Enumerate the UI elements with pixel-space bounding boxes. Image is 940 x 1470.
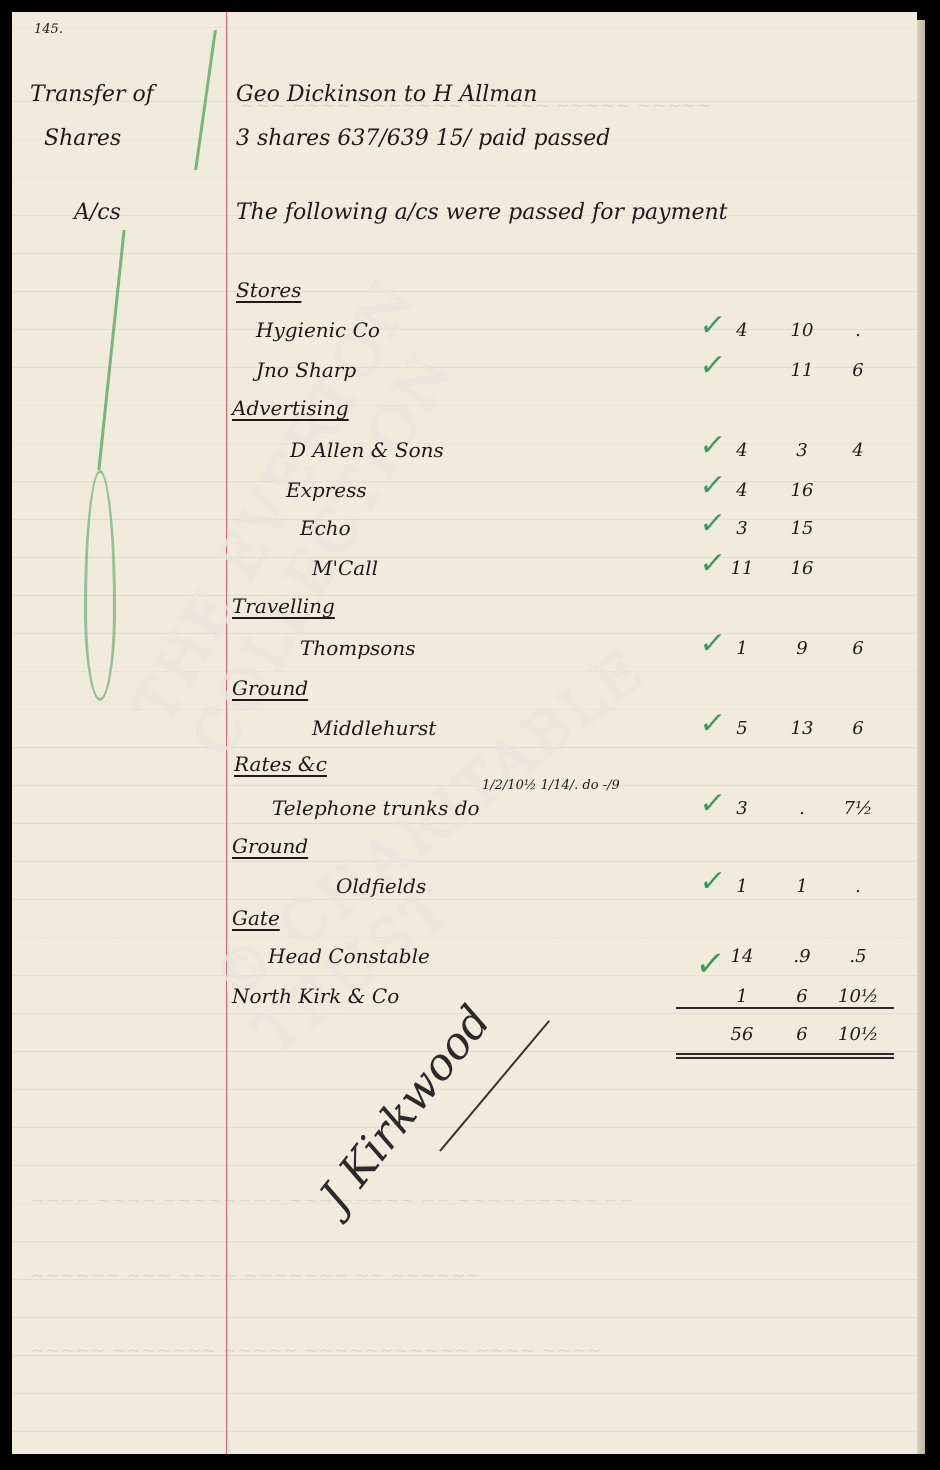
pence: .5	[838, 946, 878, 967]
pounds: 14	[722, 946, 762, 967]
margin-label-accounts: A/cs	[74, 200, 121, 225]
bleed-through-text: ~~~~~~ ~~~ ~~~~ ~~~~~~~ ~~ ~~~~~~	[30, 1265, 481, 1286]
shillings: 16	[782, 480, 822, 501]
pounds: 3	[722, 798, 762, 819]
pence: .	[838, 876, 878, 897]
total-double-rule-bottom	[676, 1057, 894, 1059]
shillings: 10	[782, 320, 822, 341]
accounts-intro: The following a/cs were passed for payme…	[236, 200, 727, 225]
payee: Head Constable	[268, 944, 430, 968]
category-heading: Ground	[232, 676, 308, 700]
total-pounds: 56	[722, 1024, 762, 1045]
shillings: 11	[782, 360, 822, 381]
shillings: .	[782, 798, 822, 819]
payee: Telephone trunks do	[272, 796, 480, 820]
pounds: 11	[722, 558, 762, 579]
total-shillings: 6	[782, 1024, 822, 1045]
pounds: 5	[722, 718, 762, 739]
category-heading: Gate	[232, 906, 280, 930]
pounds: 1	[722, 876, 762, 897]
transfer-line-2: 3 shares 637/639 15/ paid passed	[236, 126, 610, 151]
total-pence: 10½	[838, 1024, 878, 1045]
payee: Oldfields	[336, 874, 426, 898]
category-heading: Advertising	[232, 396, 349, 420]
pence: 10½	[838, 986, 878, 1007]
page-edge	[917, 20, 925, 1454]
payee: Express	[286, 478, 367, 502]
payee: North Kirk & Co	[232, 984, 399, 1008]
pounds: 4	[722, 480, 762, 501]
total-double-rule-top	[676, 1053, 894, 1055]
pence: .	[838, 320, 878, 341]
pence: 6	[838, 718, 878, 739]
green-check-icon: ✓	[698, 348, 728, 383]
payee: M'Call	[312, 556, 378, 580]
shillings: 6	[782, 986, 822, 1007]
margin-rule	[226, 12, 227, 1454]
pounds: 1	[722, 986, 762, 1007]
shillings: .9	[782, 946, 822, 967]
payee: Echo	[300, 516, 351, 540]
payee: Middlehurst	[312, 716, 436, 740]
margin-label-transfer: Transfer of	[30, 82, 154, 107]
margin-label-shares: Shares	[44, 126, 121, 151]
payee: Jno Sharp	[256, 358, 356, 382]
pounds: 4	[722, 440, 762, 461]
pounds: 1	[722, 638, 762, 659]
shillings: 15	[782, 518, 822, 539]
subtotal-rule	[676, 1007, 894, 1009]
payee-note: 1/2/10½ 1/14/. do -/9	[482, 778, 620, 793]
pence: 6	[838, 360, 878, 381]
payee: Thompsons	[300, 636, 415, 660]
shillings: 1	[782, 876, 822, 897]
pence: 7½	[838, 798, 878, 819]
payee: Hygienic Co	[256, 318, 380, 342]
payee: D Allen & Sons	[290, 438, 444, 462]
category-heading: Ground	[232, 834, 308, 858]
shillings: 9	[782, 638, 822, 659]
category-heading: Travelling	[232, 594, 335, 618]
pence: 6	[838, 638, 878, 659]
category-heading: Stores	[236, 278, 301, 302]
transfer-line-1: Geo Dickinson to H Allman	[236, 82, 537, 107]
bleed-through-text: ~~~~~ ~~~~~~~ ~~~~~ ~~~~~~~~~~~ ~~~~ ~~~…	[30, 1340, 602, 1361]
shillings: 13	[782, 718, 822, 739]
pounds: 4	[722, 320, 762, 341]
pence: 4	[838, 440, 878, 461]
page-number: 145.	[34, 22, 63, 37]
shillings: 3	[782, 440, 822, 461]
shillings: 16	[782, 558, 822, 579]
pounds: 3	[722, 518, 762, 539]
category-heading: Rates &c	[234, 752, 327, 776]
